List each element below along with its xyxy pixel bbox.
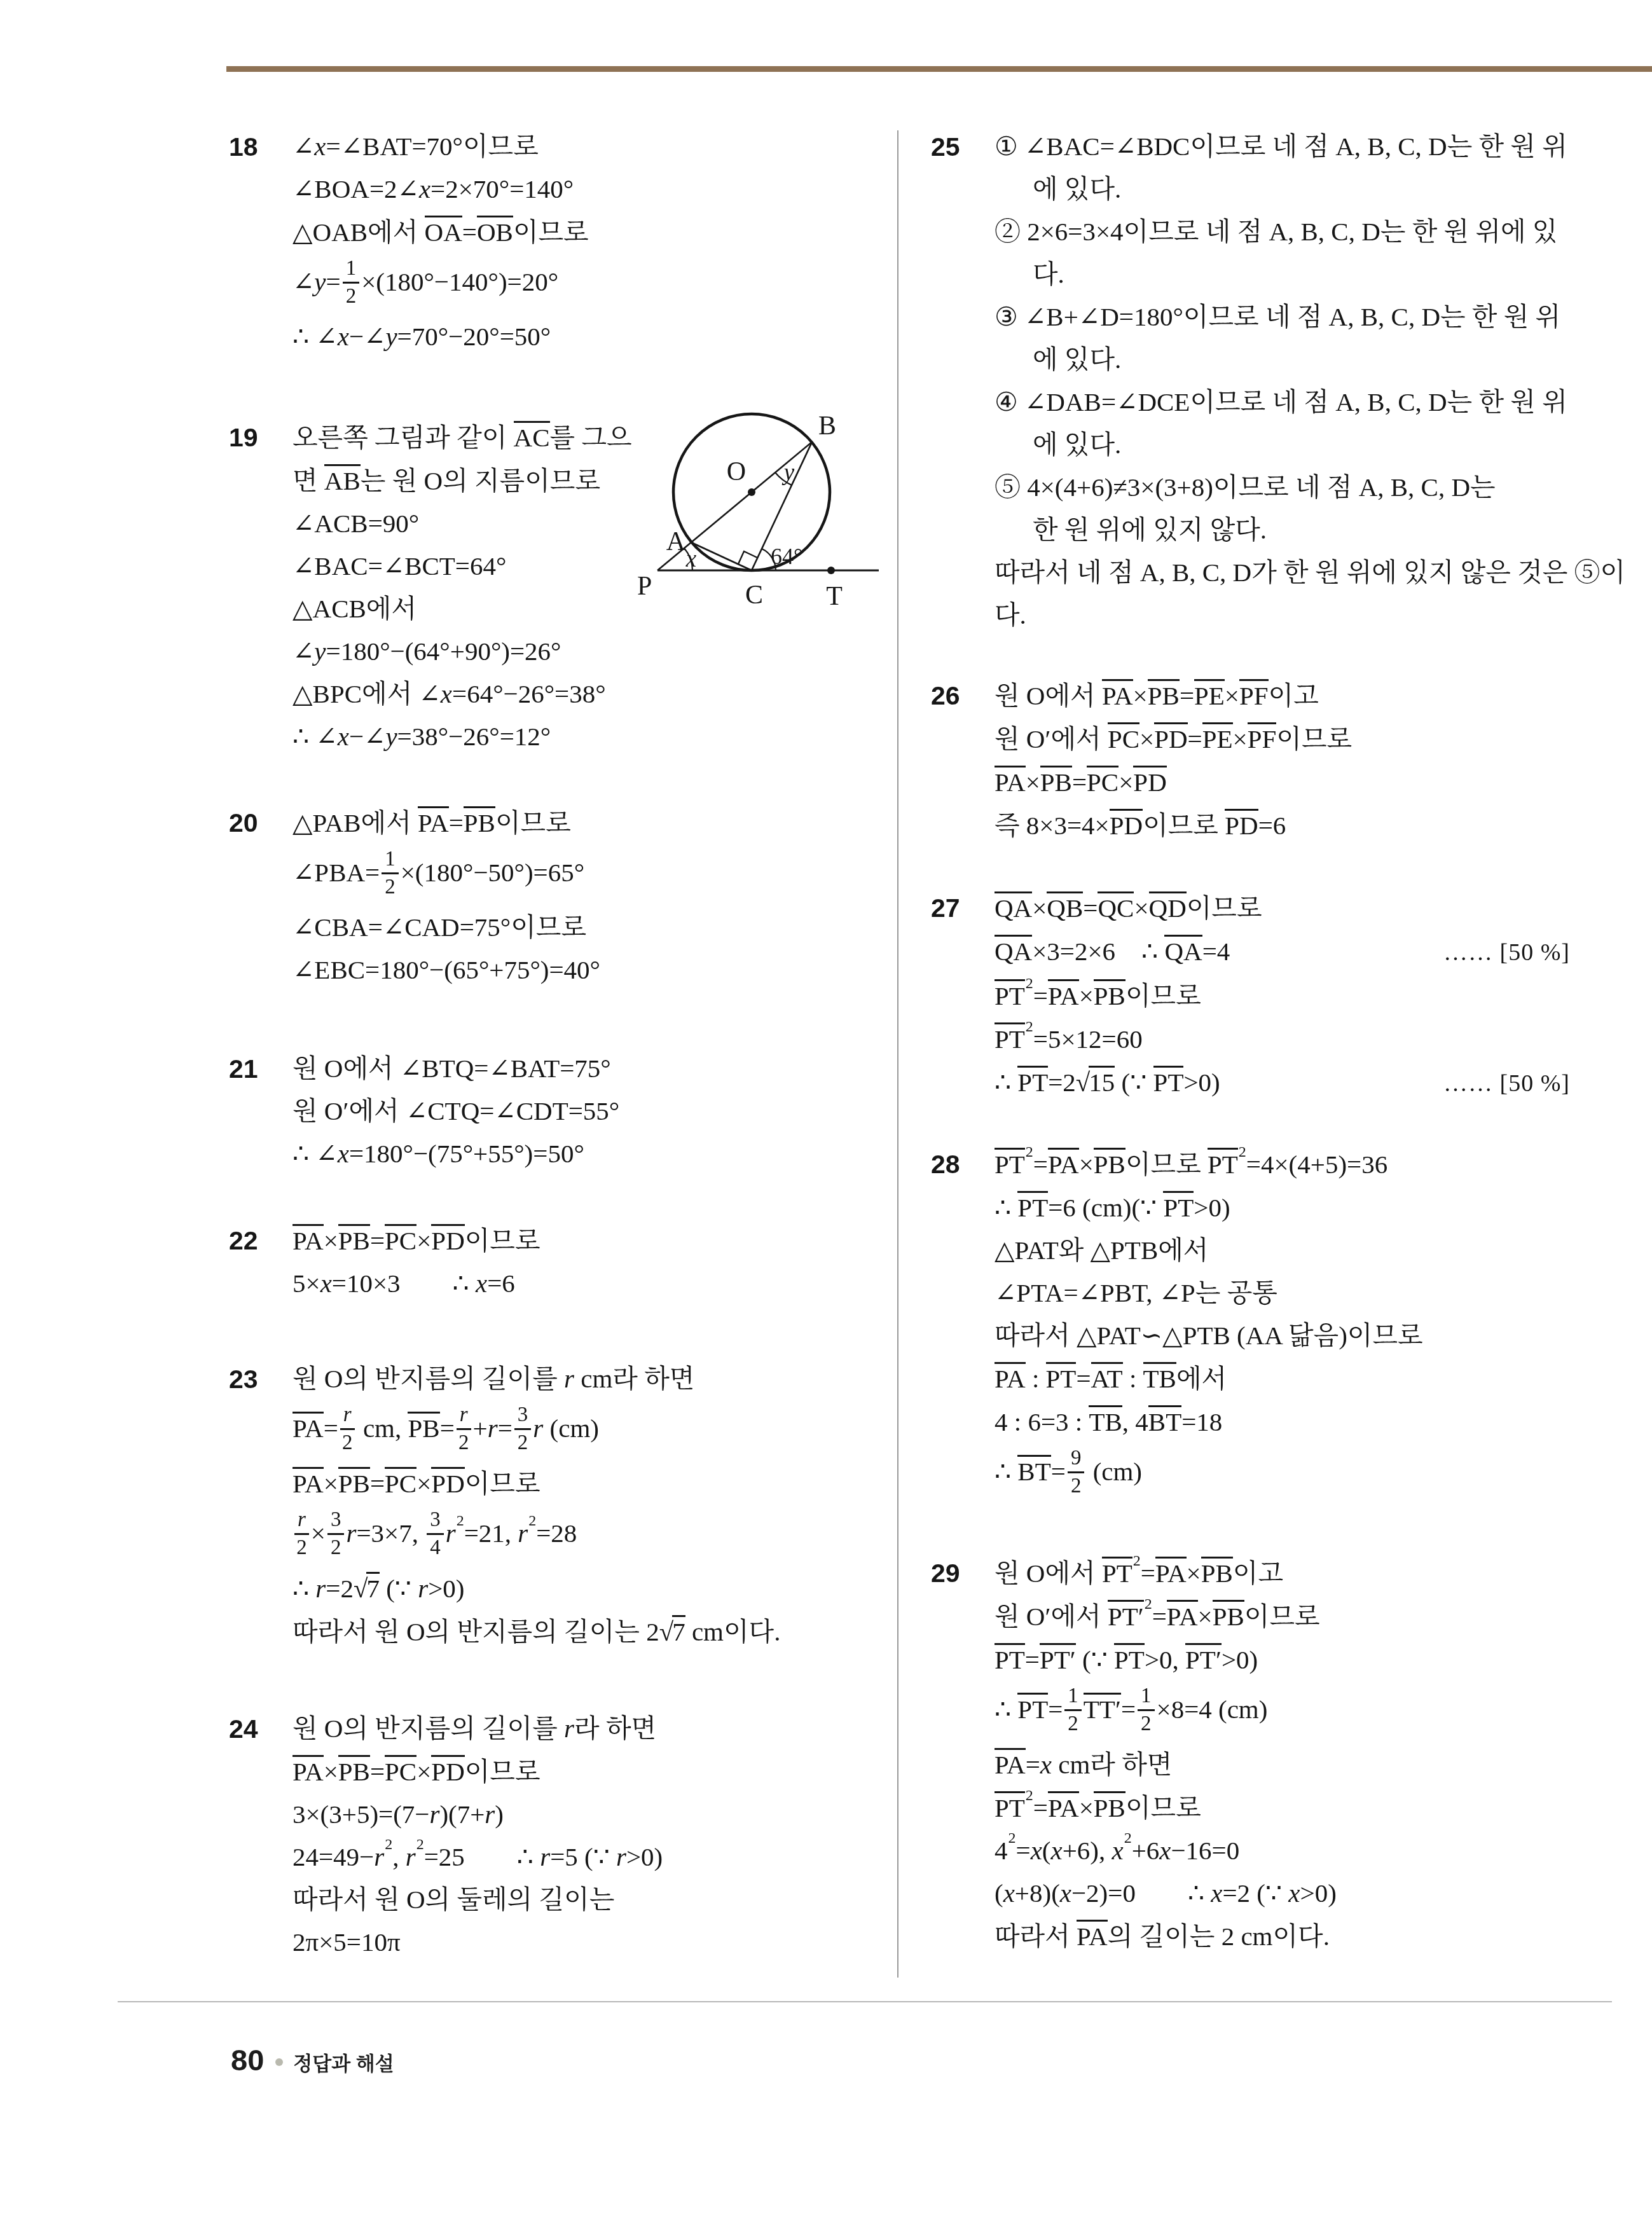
problem-number: 21 [229,1054,258,1084]
solution-line: ∠y=12×(180°−140°)=20° [293,259,858,310]
solution-text: QA×QB=QC×QD이므로 [995,893,1262,923]
problem-number: 26 [931,681,960,711]
problem-29: 29원 O에서 PT2=PA×PB이고원 O′에서 PT′2=PA×PB이므로P… [995,1557,1570,1963]
solution-line: ④ ∠DAB=∠DCE이므로 네 점 A, B, C, D는 한 원 위 [995,386,1570,418]
solution-line: △BPC에서 ∠x=64°−26°=38° [293,678,858,710]
solution-line: 원 O의 반지름의 길이를 r라 하면 [293,1712,858,1745]
solution-line: ∠y=180°−(64°+90°)=26° [293,635,858,668]
center-dot [748,488,755,496]
solution-line: 에 있다. [995,429,1570,461]
solution-text: PT2=PA×PB이므로 [995,981,1201,1010]
solution-text: 원 O에서 PT2=PA×PB이고 [995,1559,1283,1588]
solution-line: 에 있다. [995,173,1570,205]
solution-text: 따라서 PA의 길이는 2 cm이다. [995,1922,1330,1951]
solution-line: (x+8)(x−2)=0 ∴ x=2 (∵ x>0) [995,1877,1570,1910]
problem-number: 18 [229,132,258,162]
solution-text: ∠x=∠BAT=70°이므로 [293,132,539,161]
solution-line: ∠EBC=180°−(65°+75°)=40° [293,954,858,986]
solution-text: 원 O에서 ∠BTQ=∠BAT=75° [293,1054,611,1083]
solution-line: 따라서 △PAT∽△PTB (AA 닮음)이므로 [995,1319,1570,1352]
solution-text: 원 O′에서 PT′2=PA×PB이므로 [995,1602,1320,1631]
solution-text: 24=49−r2, r2=25 ∴ r=5 (∵ r>0) [293,1842,663,1871]
problem-number: 28 [931,1150,960,1180]
solution-line: PA×PB=PC×PD이므로 [293,1224,858,1257]
problem-number: 23 [229,1365,258,1394]
solution-text: QA×3=2×6 ∴ QA=4 [995,935,1230,968]
solution-text: 원 O′에서 ∠CTQ=∠CDT=55° [293,1096,619,1125]
label-b: B [818,411,836,441]
solution-text: 3×(3+5)=(7−r)(7+r) [293,1800,504,1829]
solution-line: PT2=PA×PB이므로 PT2=4×(4+5)=36 [995,1148,1570,1181]
solution-text: PA : PT=AT : TB에서 [995,1364,1227,1393]
solution-text: △ACB에서 [293,594,416,623]
solution-line: 원 O′에서 ∠CTQ=∠CDT=55° [293,1095,858,1127]
problem-number: 22 [229,1226,258,1256]
solution-text: 2π×5=10π [293,1927,401,1957]
solution-line: ∴ r=2√7 (∵ r>0) [293,1572,858,1605]
solution-line: 다. [995,258,1570,291]
solution-line: PA=r2 cm, PB=r2+r=32r (cm) [293,1405,858,1457]
solution-line: 한 원 위에 있지 않다. [995,514,1570,546]
footer-label: 정답과 해설 [293,2048,394,2076]
solution-line: PT2=PA×PB이므로 [995,1791,1570,1824]
solution-text: 한 원 위에 있지 않다. [1033,515,1267,544]
solution-text: ∠ACB=90° [293,509,419,538]
solution-line: 원 O′에서 PT′2=PA×PB이므로 [995,1600,1570,1633]
solution-text: ∠y=180°−(64°+90°)=26° [293,637,561,666]
solution-text: ② 2×6=3×4이므로 네 점 A, B, C, D는 한 원 위에 있 [995,217,1557,246]
solution-line: ∠x=∠BAT=70°이므로 [293,130,858,163]
score-note: …… [50 %] [1443,937,1570,969]
label-t: T [826,582,843,610]
point-t-dot [827,567,835,574]
solution-text: PA×PB=PC×PD [995,767,1167,797]
chord-ac [691,542,752,570]
problem-23: 23원 O의 반지름의 길이를 r cm라 하면PA=r2 cm, PB=r2+… [293,1363,858,1658]
label-c: C [745,581,763,610]
solution-text: ③ ∠B+∠D=180°이므로 네 점 A, B, C, D는 한 원 위 [995,302,1560,331]
solution-text: 원 O′에서 PC×PD=PE×PF이므로 [995,724,1352,754]
problem-number: 25 [931,132,960,162]
solution-text: 에 있다. [1033,174,1121,203]
problem-25: 25① ∠BAC=∠BDC이므로 네 점 A, B, C, D는 한 원 위에 … [995,130,1570,642]
solution-text: ∠PTA=∠PBT, ∠P는 공통 [995,1278,1277,1307]
solution-line: 즉 8×3=4×PD이므로 PD=6 [995,809,1570,842]
problem-18: 18∠x=∠BAT=70°이므로∠BOA=2∠x=2×70°=140°△OAB에… [293,130,858,363]
solution-text: 따라서 원 O의 둘레의 길이는 [293,1885,614,1914]
problem-28: 28PT2=PA×PB이므로 PT2=4×(4+5)=36∴ PT=6 (cm)… [995,1148,1570,1510]
solution-text: 에 있다. [1033,345,1121,374]
problem-22: 22PA×PB=PC×PD이므로5×x=10×3 ∴ x=6 [293,1224,858,1310]
solution-line: PT=PT′ (∵ PT>0, PT′>0) [995,1643,1570,1676]
solution-text: (x+8)(x−2)=0 ∴ x=2 (∵ x>0) [995,1878,1337,1908]
solution-line: 에 있다. [995,343,1570,376]
footer-rule [118,2001,1612,2002]
solution-line: 따라서 PA의 길이는 2 cm이다. [995,1920,1570,1953]
solution-text: ① ∠BAC=∠BDC이므로 네 점 A, B, C, D는 한 원 위 [995,132,1567,161]
solution-line: r2×32r=3×7, 34r2=21, r2=28 [293,1510,858,1562]
problem-number: 27 [931,893,960,923]
solution-line: 원 O에서 PT2=PA×PB이고 [995,1557,1570,1590]
problem-number: 29 [931,1559,960,1588]
solution-line: PT2=PA×PB이므로 [995,979,1570,1012]
solution-text: PT=PT′ (∵ PT>0, PT′>0) [995,1645,1258,1674]
solution-text: ∠EBC=180°−(65°+75°)=40° [293,955,600,984]
solution-line: QA×3=2×6 ∴ QA=4…… [50 %] [995,935,1570,969]
solution-text: △PAT와 △PTB에서 [995,1235,1208,1265]
problem-number: 19 [229,423,258,453]
solution-text: PA×PB=PC×PD이므로 [293,1226,540,1255]
column-divider [897,130,898,1978]
problem-24: 24원 O의 반지름의 길이를 r라 하면PA×PB=PC×PD이므로3×(3+… [293,1712,858,1969]
solution-line: ∠CBA=∠CAD=75°이므로 [293,911,858,944]
label-angle-x: x [685,546,697,572]
solution-line: PT2=5×12=60 [995,1022,1570,1056]
solution-line: QA×QB=QC×QD이므로 [995,891,1570,925]
score-note: …… [50 %] [1443,1068,1570,1100]
solution-text: 4 : 6=3 : TB, 4BT=18 [995,1407,1222,1436]
label-p: P [637,572,652,601]
solution-text: ∠y=12×(180°−140°)=20° [293,267,558,296]
solution-text: ④ ∠DAB=∠DCE이므로 네 점 A, B, C, D는 한 원 위 [995,387,1567,416]
solution-text: PA×PB=PC×PD이므로 [293,1469,540,1498]
solution-text: PA×PB=PC×PD이므로 [293,1757,540,1786]
solution-line: 42=x(x+6), x2+6x−16=0 [995,1834,1570,1867]
label-o: O [727,457,746,486]
problem-number: 24 [229,1714,258,1744]
solution-text: ∴ PT=6 (cm)(∵ PT>0) [995,1193,1230,1222]
solution-line: ③ ∠B+∠D=180°이므로 네 점 A, B, C, D는 한 원 위 [995,301,1570,333]
solution-text: ∠PBA=12×(180°−50°)=65° [293,858,584,887]
solution-text: 즉 8×3=4×PD이므로 PD=6 [995,811,1286,840]
solution-text: ∠BOA=2∠x=2×70°=140° [293,174,574,203]
solution-text: PT2=5×12=60 [995,1024,1143,1054]
solution-text: PA=r2 cm, PB=r2+r=32r (cm) [293,1414,599,1443]
solution-line: ∠BOA=2∠x=2×70°=140° [293,173,858,205]
solution-text: ∠CBA=∠CAD=75°이므로 [293,912,586,942]
solution-text: 5×x=10×3 ∴ x=6 [293,1269,515,1298]
solution-text: △OAB에서 OA=OB이므로 [293,217,589,247]
solution-line: ∠PBA=12×(180°−50°)=65° [293,850,858,901]
solution-line: ∴ PT=6 (cm)(∵ PT>0) [995,1191,1570,1224]
problem-19-diagram: O B A P C T x y 64° [630,391,887,610]
solution-text: 따라서 원 O의 반지름의 길이는 2√7 cm이다. [293,1617,780,1646]
solution-text: 에 있다. [1033,430,1121,459]
solution-line: 원 O에서 ∠BTQ=∠BAT=75° [293,1052,858,1085]
solution-line: ∴ ∠x=180°−(75°+55°)=50° [293,1138,858,1170]
solution-line: ∠PTA=∠PBT, ∠P는 공통 [995,1277,1570,1309]
solution-text: ∴ ∠x=180°−(75°+55°)=50° [293,1139,584,1168]
problem-27: 27QA×QB=QC×QD이므로QA×3=2×6 ∴ QA=4…… [50 %]… [995,891,1570,1110]
solution-line: 3×(3+5)=(7−r)(7+r) [293,1798,858,1831]
solution-line: 4 : 6=3 : TB, 4BT=18 [995,1405,1570,1438]
problem-21: 21원 O에서 ∠BTQ=∠BAT=75°원 O′에서 ∠CTQ=∠CDT=55… [293,1052,858,1180]
solution-line: ⑤ 4×(4+6)≠3×(3+8)이므로 네 점 A, B, C, D는 [995,471,1570,504]
solution-text: 따라서 △PAT∽△PTB (AA 닮음)이므로 [995,1321,1423,1350]
solution-line: △PAB에서 PA=PB이므로 [293,806,858,839]
label-angle-64: 64° [771,544,802,569]
solution-line: 원 O에서 PA×PB=PE×PF이고 [995,679,1570,712]
solution-text: ∴ PT=2√15 (∵ PT>0) [995,1066,1220,1099]
solution-text: 원 O에서 PA×PB=PE×PF이고 [995,681,1319,710]
solution-text: ∴ BT=92 (cm) [995,1457,1142,1486]
solution-text: 42=x(x+6), x2+6x−16=0 [995,1836,1239,1865]
page-number: 80 [231,2042,264,2077]
solution-text: ∴ ∠x−∠y=70°−20°=50° [293,322,551,351]
problem-20: 20△PAB에서 PA=PB이므로∠PBA=12×(180°−50°)=65°∠… [293,806,858,996]
solution-line: ∴ ∠x−∠y=70°−20°=50° [293,320,858,353]
solution-line: 다. [995,599,1570,631]
solution-text: r2×32r=3×7, 34r2=21, r2=28 [293,1518,577,1548]
solution-text: 다. [995,600,1026,630]
solution-text: △BPC에서 ∠x=64°−26°=38° [293,679,606,708]
label-a: A [666,527,686,556]
solution-text: PA=x cm라 하면 [995,1750,1172,1779]
solution-line: ① ∠BAC=∠BDC이므로 네 점 A, B, C, D는 한 원 위 [995,130,1570,163]
solution-line: 따라서 네 점 A, B, C, D가 한 원 위에 있지 않은 것은 ⑤이 [995,556,1570,589]
solution-text: 원 O의 반지름의 길이를 r cm라 하면 [293,1364,694,1393]
solution-text: 다. [1033,259,1064,289]
solution-line: 따라서 원 O의 반지름의 길이는 2√7 cm이다. [293,1615,858,1648]
solution-line: ∴ BT=92 (cm) [995,1449,1570,1500]
solution-line: 원 O′에서 PC×PD=PE×PF이므로 [995,722,1570,755]
solution-line: △OAB에서 OA=OB이므로 [293,216,858,249]
footer-dot-icon [275,2058,283,2066]
top-rule [226,66,1652,72]
solution-text: △PAB에서 PA=PB이므로 [293,808,571,837]
solution-text: ∴ ∠x−∠y=38°−26°=12° [293,722,551,751]
solution-line: △PAT와 △PTB에서 [995,1234,1570,1267]
solution-line: 24=49−r2, r2=25 ∴ r=5 (∵ r>0) [293,1841,858,1873]
solution-text: 면 AB는 원 O의 지름이므로 [293,466,600,495]
solution-line: 원 O의 반지름의 길이를 r cm라 하면 [293,1363,858,1395]
solution-line: PA×PB=PC×PD [995,766,1570,799]
solution-text: 오른쪽 그림과 같이 AC를 그으 [293,423,632,452]
problem-26: 26원 O에서 PA×PB=PE×PF이고원 O′에서 PC×PD=PE×PF이… [995,679,1570,852]
solution-line: ∴ PT=2√15 (∵ PT>0)…… [50 %] [995,1066,1570,1100]
solution-line: PA=x cm라 하면 [995,1748,1570,1781]
right-angle-mark [738,551,757,564]
page-footer: 80 정답과 해설 [231,2042,394,2077]
answer-page: 18∠x=∠BAT=70°이므로∠BOA=2∠x=2×70°=140°△OAB에… [0,0,1652,2230]
problem-number: 20 [229,808,258,838]
solution-line: PA×PB=PC×PD이므로 [293,1755,858,1788]
solution-line: ∴ PT=12TT′=12×8=4 (cm) [995,1686,1570,1738]
solution-text: ∴ PT=12TT′=12×8=4 (cm) [995,1695,1267,1724]
solution-text: 따라서 네 점 A, B, C, D가 한 원 위에 있지 않은 것은 ⑤이 [995,558,1625,587]
solution-line: PA : PT=AT : TB에서 [995,1362,1570,1395]
solution-line: 따라서 원 O의 둘레의 길이는 [293,1883,858,1916]
solution-line: ∴ ∠x−∠y=38°−26°=12° [293,720,858,753]
solution-text: ∠BAC=∠BCT=64° [293,551,506,581]
solution-line: 5×x=10×3 ∴ x=6 [293,1267,858,1300]
label-angle-y: y [781,460,795,486]
solution-line: 2π×5=10π [293,1926,858,1958]
solution-text: ⑤ 4×(4+6)≠3×(3+8)이므로 네 점 A, B, C, D는 [995,472,1496,502]
solution-text: PT2=PA×PB이므로 PT2=4×(4+5)=36 [995,1150,1387,1179]
solution-line: ② 2×6=3×4이므로 네 점 A, B, C, D는 한 원 위에 있 [995,216,1570,248]
solution-text: ∴ r=2√7 (∵ r>0) [293,1574,464,1603]
solution-text: 원 O의 반지름의 길이를 r라 하면 [293,1714,656,1743]
solution-line: PA×PB=PC×PD이므로 [293,1467,858,1500]
solution-text: PT2=PA×PB이므로 [995,1793,1201,1822]
